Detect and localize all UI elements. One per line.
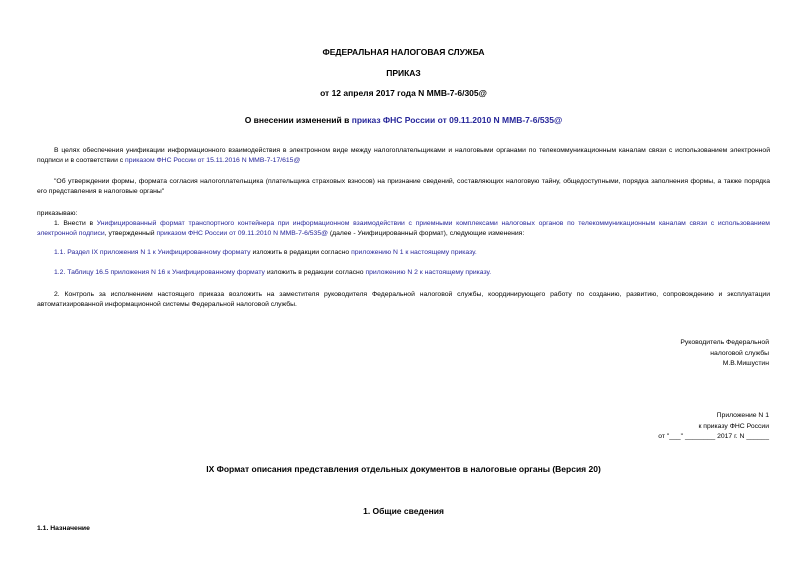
- appendix-line-3: от "___" ________ 2017 г. N ______: [658, 432, 769, 443]
- signature-line-2: налоговой службы: [680, 349, 769, 360]
- appendix-2-link[interactable]: приложению N 2 к настоящему приказу.: [365, 269, 491, 276]
- item-1-2: 1.2. Таблицу 16.5 приложения N 16 к Униф…: [37, 268, 770, 278]
- table-16-5-link[interactable]: 1.2. Таблицу 16.5 приложения N 16 к Униф…: [54, 269, 265, 276]
- signature-line-1: Руководитель Федеральной: [680, 338, 769, 349]
- paragraph-quote: "Об утверждении формы, формата согласия …: [37, 177, 770, 197]
- item-1-prefix: 1. Внести в: [54, 220, 97, 227]
- section-ix-link[interactable]: 1.1. Раздел IX приложения N 1 к Унифицир…: [54, 249, 251, 256]
- item-1-2-mid: изложить в редакции согласно: [265, 269, 366, 276]
- doc-type-heading: ПРИКАЗ: [0, 68, 807, 78]
- order-535-link[interactable]: приказом ФНС России от 09.11.2010 N ММВ-…: [156, 230, 328, 237]
- paragraph-order: приказываю:: [37, 209, 770, 219]
- subsubsection-title: 1.1. Назначение: [37, 525, 90, 532]
- document-page: ФЕДЕРАЛЬНАЯ НАЛОГОВАЯ СЛУЖБА ПРИКАЗ от 1…: [0, 0, 807, 571]
- paragraph-purpose: В целях обеспечения унификации информаци…: [37, 146, 770, 166]
- item-1: 1. Внести в Унифицированный формат транс…: [37, 219, 770, 239]
- date-number-heading: от 12 апреля 2017 года N ММВ-7-6/305@: [0, 88, 807, 98]
- order-615-link[interactable]: приказом ФНС России от 15.11.2016 N ММВ-…: [125, 157, 300, 164]
- signature-line-3: М.В.Мишустин: [680, 359, 769, 370]
- order-title-link[interactable]: приказ ФНС России от 09.11.2010 N ММВ-7-…: [352, 115, 563, 125]
- appendix-1-link[interactable]: приложению N 1 к настоящему приказу.: [351, 249, 477, 256]
- agency-heading: ФЕДЕРАЛЬНАЯ НАЛОГОВАЯ СЛУЖБА: [0, 47, 807, 57]
- item-2: 2. Контроль за исполнением настоящего пр…: [37, 290, 770, 310]
- section-title: IX Формат описания представления отдельн…: [0, 464, 807, 474]
- subsection-title: 1. Общие сведения: [0, 506, 807, 516]
- appendix-line-1: Приложение N 1: [658, 411, 769, 422]
- item-1-mid: , утвержденный: [105, 230, 157, 237]
- item-1-1-mid: изложить в редакции согласно: [251, 249, 352, 256]
- item-1-1: 1.1. Раздел IX приложения N 1 к Унифицир…: [37, 248, 770, 258]
- signature-block: Руководитель Федеральной налоговой служб…: [680, 338, 769, 370]
- order-title-text: О внесении изменений в: [245, 115, 352, 125]
- order-title: О внесении изменений в приказ ФНС России…: [0, 115, 807, 125]
- appendix-line-2: к приказу ФНС России: [658, 422, 769, 433]
- appendix-header: Приложение N 1 к приказу ФНС России от "…: [658, 411, 769, 443]
- item-1-suffix: (далее - Унифицированный формат), следую…: [328, 230, 524, 237]
